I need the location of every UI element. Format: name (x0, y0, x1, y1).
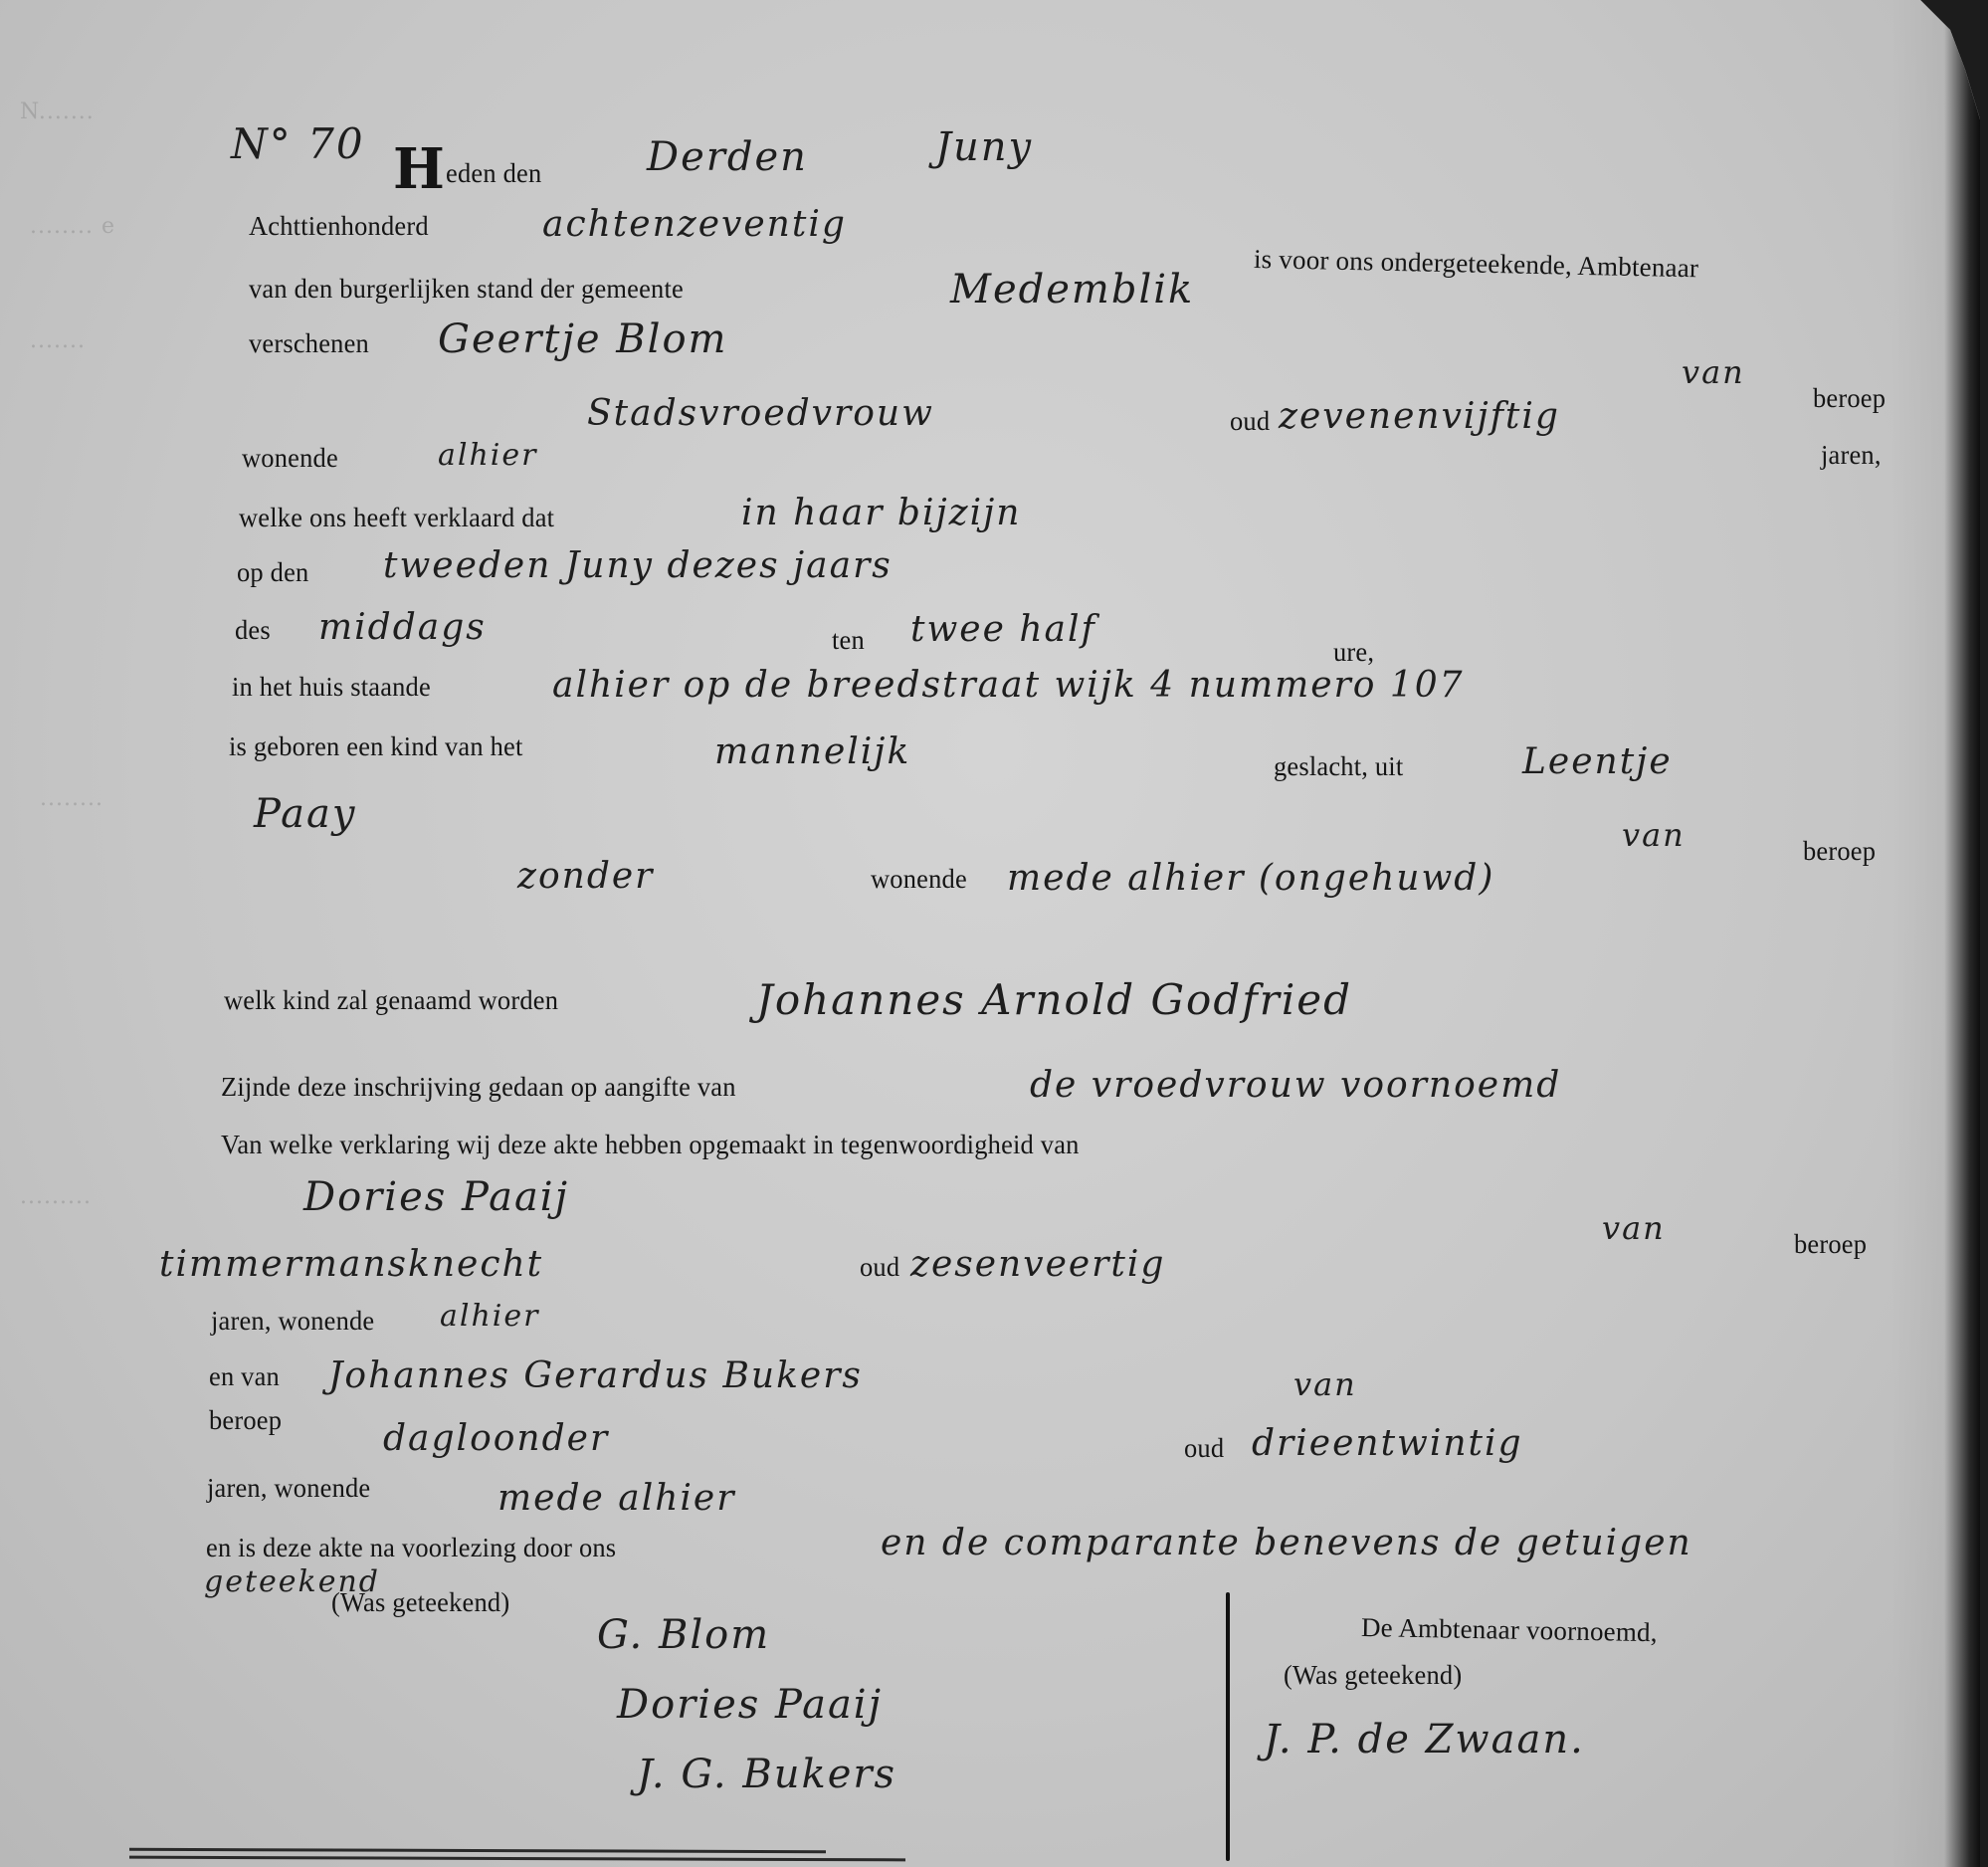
hw-witness2-age: drieentwintig (1252, 1423, 1523, 1464)
hw-mother-occupation: zonder (517, 856, 654, 897)
hw-van: van (1622, 816, 1686, 854)
form-welk-kind: welk kind zal genaamd worden (224, 985, 558, 1016)
signature-separator (1226, 1592, 1230, 1861)
form-en-van: en van (209, 1361, 280, 1392)
hw-birth-date: tweeden Juny dezes jaars (383, 545, 893, 586)
hw-witness2-name: Johannes Gerardus Bukers (328, 1355, 863, 1396)
form-jaren-wonende: jaren, wonende (211, 1306, 374, 1337)
form-jaren: jaren, (1821, 440, 1882, 471)
form-ure: ure, (1333, 637, 1374, 668)
hw-municipality: Medemblik (950, 267, 1194, 312)
hw-witness1-name: Dories Paaij (303, 1174, 569, 1220)
hw-hour: twee half (910, 609, 1096, 650)
register-page: N....... ........ e ....... ........ ...… (0, 0, 1980, 1867)
form-geslacht-uit: geslacht, uit (1274, 751, 1403, 782)
form-oud: oud (1230, 406, 1270, 437)
hw-van: van (1293, 1365, 1357, 1403)
hw-declarant-age: zevenenvijftig (1279, 396, 1560, 437)
form-wonende: wonende (871, 864, 967, 895)
bleed-through-text: ....... (30, 328, 86, 353)
form-beroep: beroep (209, 1405, 282, 1436)
form-verschenen: verschenen (249, 328, 369, 359)
hw-declarant-residence: alhier (438, 438, 538, 473)
page-curl-shadow (1890, 0, 1980, 1867)
hw-time-of-day: middags (318, 607, 487, 648)
hw-declarant-name: Geertje Blom (438, 316, 727, 362)
form-wonende: wonende (242, 443, 338, 474)
hw-signing-clause: en de comparante benevens de getuigen (881, 1523, 1692, 1563)
bleed-through-text: ........ (40, 786, 103, 811)
form-burgerlijken-stand: van den burgerlijken stand der gemeente (249, 274, 684, 305)
form-was-geteekend-right: (Was geteekend) (1284, 1660, 1462, 1691)
form-op-den: op den (237, 557, 308, 588)
hw-day: Derden (647, 134, 808, 180)
bleed-through-text: ......... (20, 1184, 92, 1209)
hw-informant: de vroedvrouw voornoemd (1030, 1065, 1561, 1106)
form-de-ambtenaar: De Ambtenaar voornoemd, (1361, 1612, 1658, 1648)
hw-month: Juny (935, 124, 1033, 170)
hw-van: van (1682, 353, 1745, 391)
form-ten: ten (832, 625, 865, 656)
hw-witness2-residence: mede alhier (497, 1478, 735, 1519)
form-welke-ons: welke ons heeft verklaard dat (239, 503, 554, 533)
hw-witness1-occupation: timmermansknecht (159, 1244, 543, 1285)
form-oud: oud (1184, 1433, 1224, 1464)
bottom-rule (129, 1848, 826, 1853)
signature-witness2: J. G. Bukers (637, 1752, 896, 1797)
form-was-geteekend-left: (Was geteekend) (331, 1587, 509, 1618)
form-zijnde-deze: Zijnde deze inschrijving gedaan op aangi… (221, 1072, 736, 1103)
signature-official: J. P. de Zwaan. (1264, 1717, 1585, 1763)
hw-witness1-residence: alhier (440, 1299, 540, 1334)
hw-birth-address: alhier op de breedstraat wijk 4 nummero … (552, 665, 1465, 706)
form-beroep: beroep (1803, 836, 1876, 867)
form-des: des (235, 615, 271, 646)
bleed-through-text: ........ e (30, 214, 115, 239)
hw-mother-surname: Paay (254, 791, 356, 837)
form-jaren-wonende: jaren, wonende (207, 1473, 370, 1504)
bleed-through-text: N....... (20, 100, 95, 124)
hw-van: van (1602, 1209, 1666, 1247)
act-number: N° 70 (231, 119, 365, 168)
hw-witness2-occupation: dagloonder (383, 1418, 609, 1459)
signature-declarant: G. Blom (597, 1612, 770, 1658)
form-is-geboren: is geboren een kind van het (229, 731, 523, 762)
hw-mother-first: Leentje (1522, 741, 1673, 782)
form-beroep: beroep (1794, 1229, 1867, 1260)
form-en-is-deze: en is deze akte na voorlezing door ons (206, 1533, 616, 1563)
form-in-het-huis: in het huis staande (232, 672, 431, 703)
hw-sex: mannelijk (714, 731, 910, 772)
hw-child-name: Johannes Arnold Godfried (756, 975, 1352, 1024)
hw-year: achtenzeventig (542, 204, 847, 245)
form-beroep: beroep (1813, 383, 1886, 414)
hw-declaration-clause: in haar bijzijn (741, 493, 1021, 533)
form-achttienhonderd: Achttienhonderd (249, 211, 429, 242)
hw-declarant-occupation: Stadsvroedvrouw (587, 393, 934, 434)
form-text: eden den (446, 158, 541, 188)
form-van-welke: Van welke verklaring wij deze akte hebbe… (221, 1130, 1080, 1160)
form-heden-den: Heden den (393, 141, 541, 197)
hw-mother-residence: mede alhier (ongehuwd) (1007, 858, 1494, 899)
hw-witness1-age: zesenveertig (910, 1244, 1165, 1285)
initial-capital: H (393, 136, 445, 202)
form-is-voor-ons: is voor ons ondergeteekende, Ambtenaar (1254, 244, 1699, 284)
form-oud: oud (860, 1252, 899, 1283)
signature-witness1: Dories Paaij (617, 1682, 883, 1728)
bottom-rule (129, 1856, 905, 1862)
